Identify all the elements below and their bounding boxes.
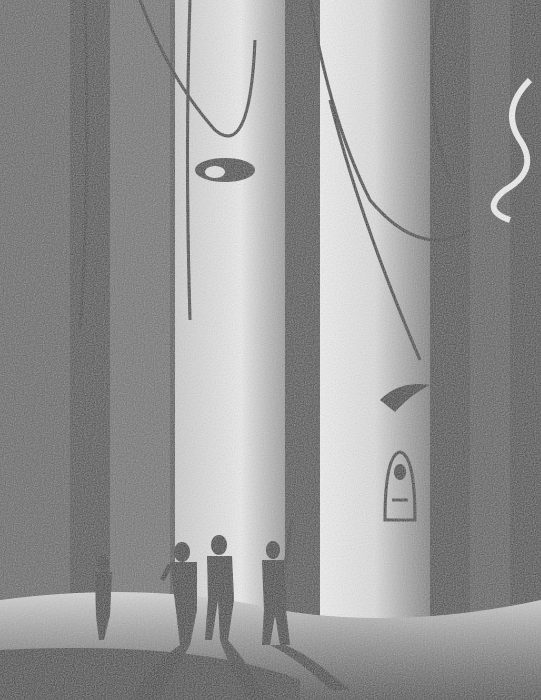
- illustration: [0, 0, 541, 700]
- pillar-center-right: [320, 0, 430, 630]
- scene-svg: [0, 0, 541, 700]
- knot: [195, 158, 255, 182]
